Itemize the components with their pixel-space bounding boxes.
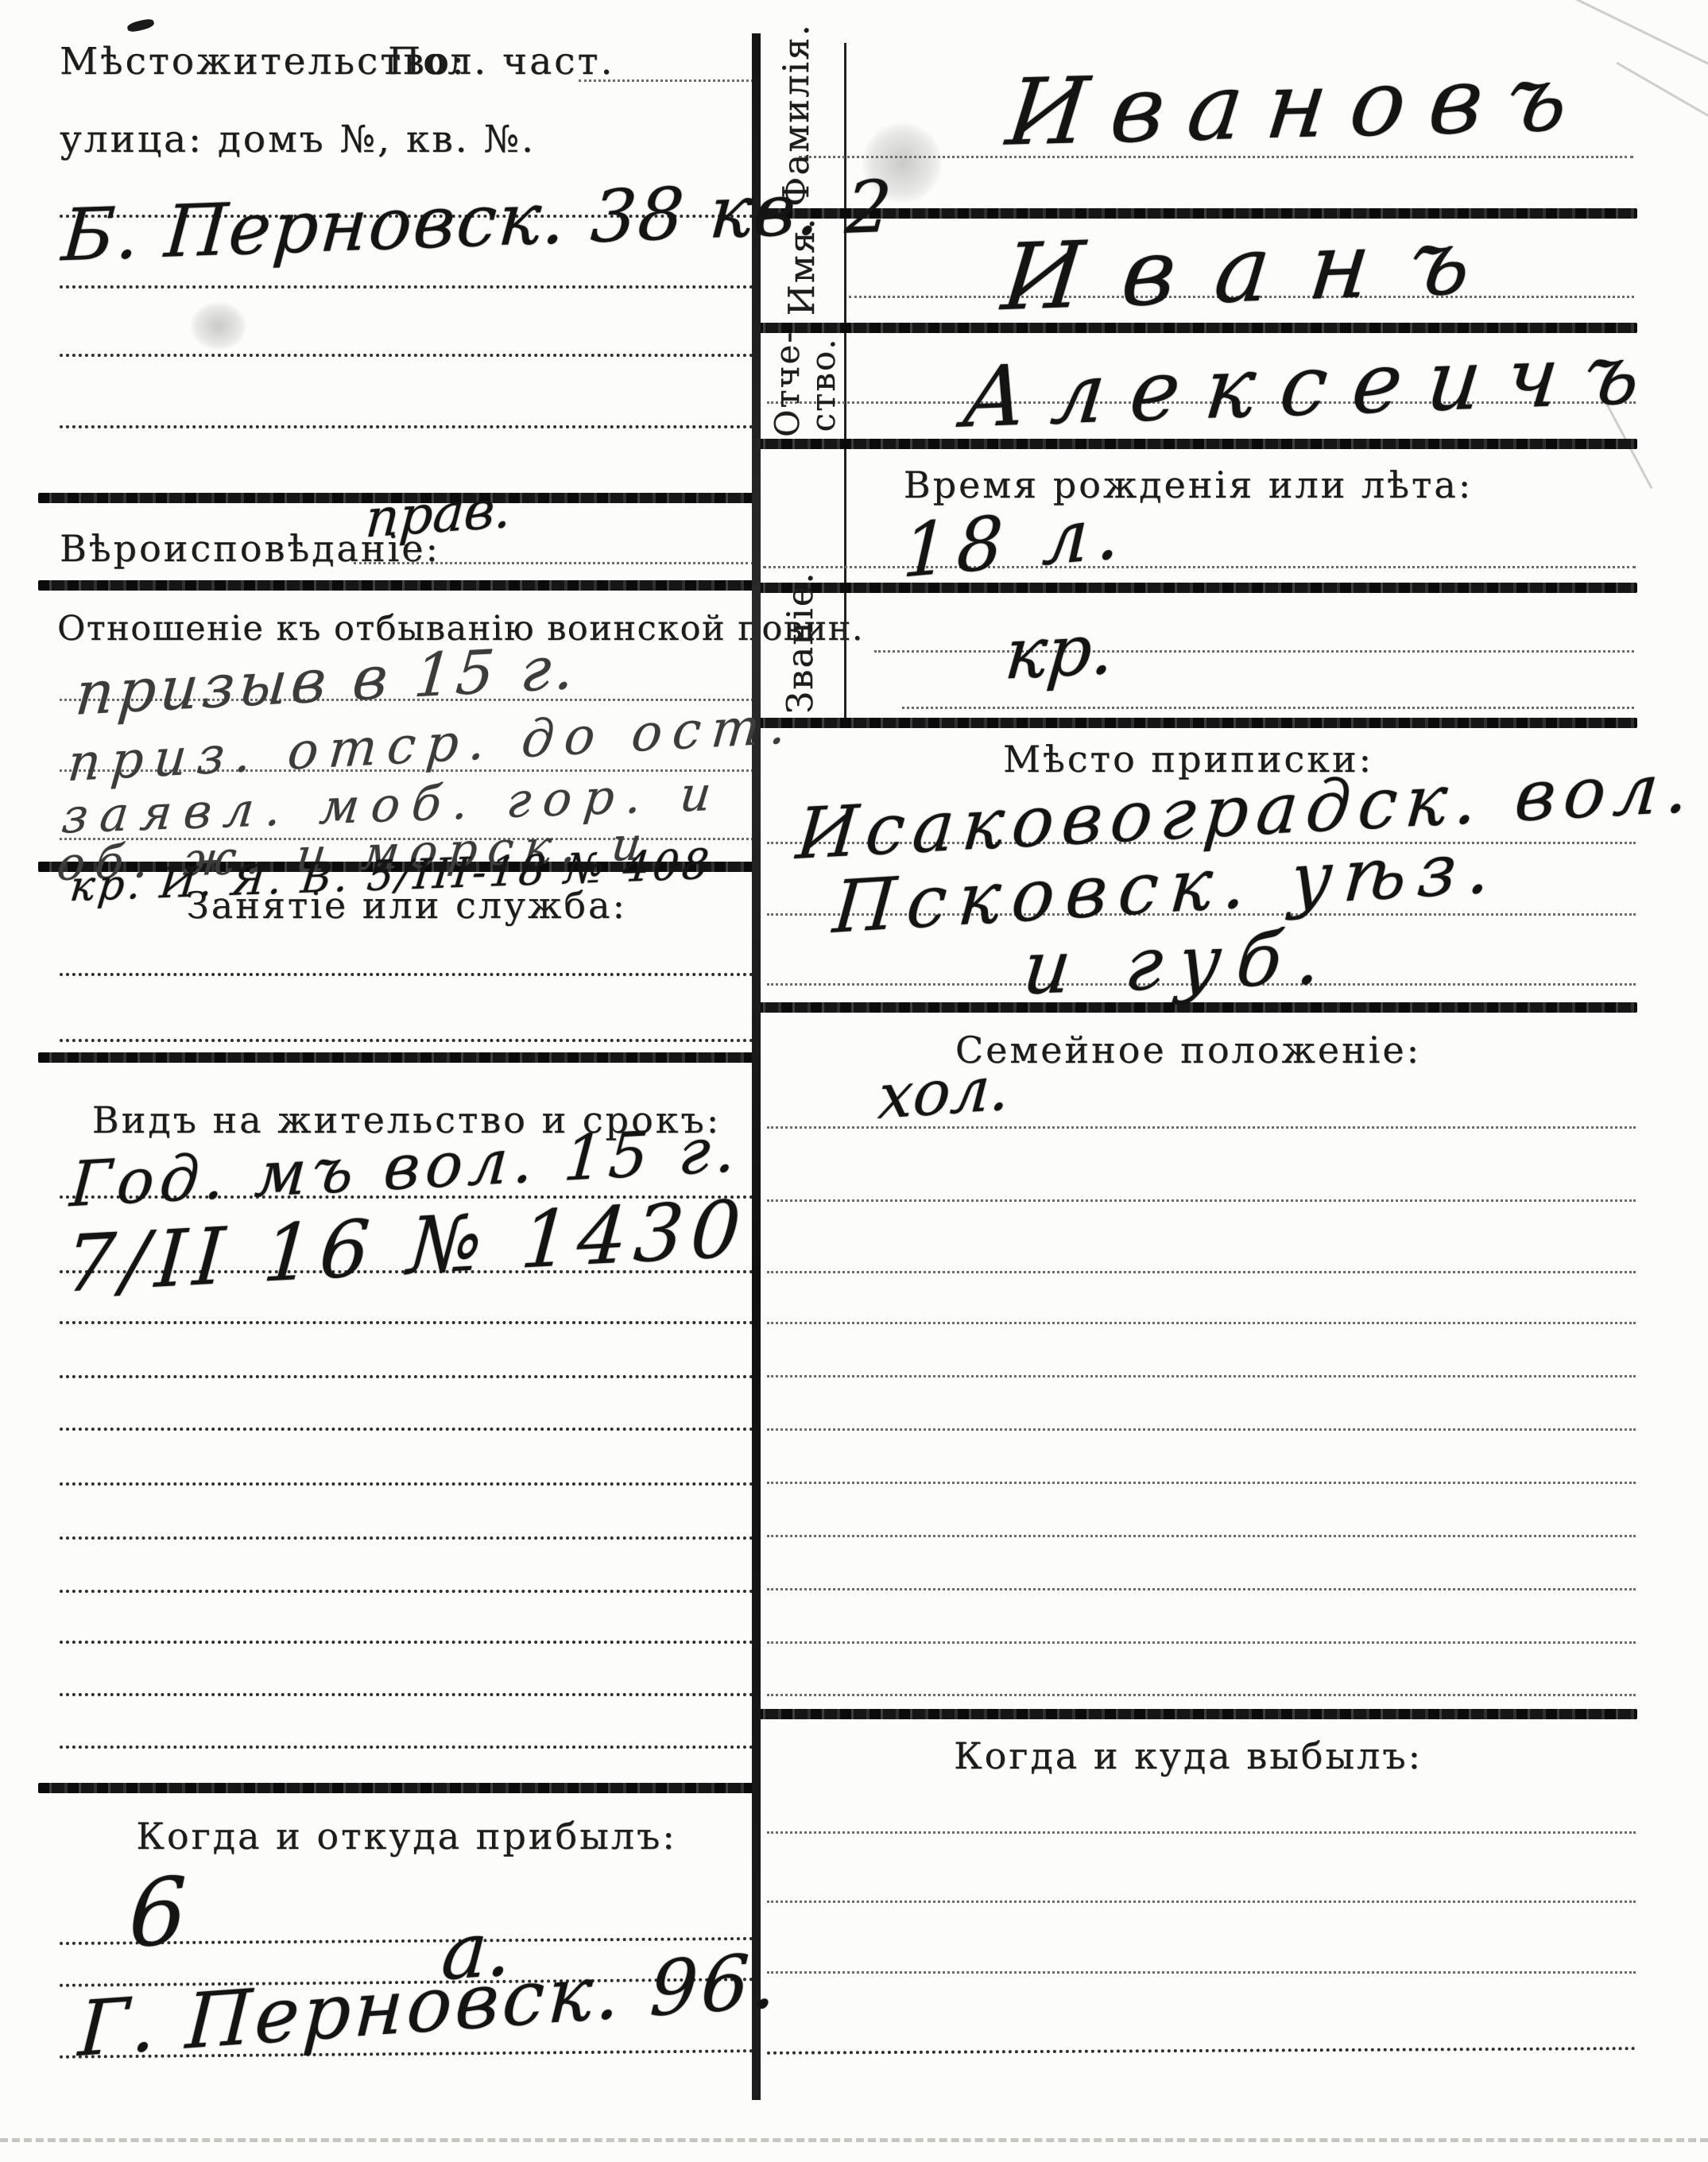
blank-rule bbox=[767, 1535, 1636, 1537]
blank-rule bbox=[60, 354, 753, 357]
blank-rule bbox=[767, 1322, 1636, 1324]
patronymic-label: Отче- ство. bbox=[769, 332, 842, 437]
page-bottom-edge bbox=[0, 2138, 1708, 2142]
blank-rule bbox=[60, 1590, 753, 1593]
blank-rule bbox=[60, 1039, 753, 1042]
rank-label: Званіе. bbox=[779, 587, 821, 714]
street-label: улица: домъ №, кв. №. bbox=[60, 118, 536, 161]
blank-rule bbox=[767, 1831, 1636, 1834]
arrival-day-handwriting: 6 bbox=[128, 1857, 188, 1969]
blank-rule bbox=[763, 566, 1636, 568]
patronymic-handwriting: Алексеичъ bbox=[959, 324, 1670, 446]
scan-scratch bbox=[1616, 62, 1708, 148]
blank-rule bbox=[60, 1482, 753, 1486]
blank-rule bbox=[767, 2047, 1636, 2055]
blank-rule bbox=[767, 1588, 1636, 1591]
blank-rule bbox=[767, 1482, 1636, 1484]
registration-handwriting-line: и губ. bbox=[1019, 915, 1341, 1011]
arrival-label: Когда и откуда прибылъ: bbox=[60, 1815, 753, 1858]
blank-rule bbox=[60, 1745, 753, 1749]
surname-handwriting: Ивановъ bbox=[1001, 45, 1597, 167]
firstname-handwriting: Иванъ bbox=[997, 207, 1516, 332]
blank-rule bbox=[354, 562, 753, 564]
blank-rule bbox=[767, 1271, 1636, 1273]
label-strip-divider bbox=[844, 43, 846, 723]
blank-rule bbox=[767, 1900, 1636, 1903]
rank-handwriting: кр. bbox=[1002, 607, 1118, 695]
blank-rule bbox=[60, 1375, 753, 1378]
blank-rule bbox=[60, 1321, 753, 1324]
column-divider bbox=[752, 33, 761, 2100]
blank-rule bbox=[60, 1641, 753, 1644]
blank-rule bbox=[60, 425, 753, 428]
religion-handwriting: прав. bbox=[364, 478, 513, 549]
marital-handwriting: хол. bbox=[876, 1052, 1012, 1133]
section-divider bbox=[38, 1052, 753, 1063]
blank-rule bbox=[767, 1641, 1636, 1644]
blank-rule bbox=[767, 1971, 1636, 1974]
patronymic-label-line2: ство. bbox=[805, 332, 841, 437]
document-page: Мѣстожительство: Пол. част. улица: домъ … bbox=[0, 0, 1708, 2162]
scan-smudge bbox=[191, 302, 246, 350]
blank-rule bbox=[767, 1428, 1636, 1431]
blank-rule bbox=[60, 973, 753, 976]
section-divider bbox=[752, 583, 1637, 593]
blank-rule bbox=[60, 285, 753, 289]
section-divider bbox=[752, 718, 1637, 728]
police-part-label: Пол. част. bbox=[388, 40, 614, 83]
blank-rule bbox=[767, 1694, 1636, 1696]
birth-label: Время рожденія или лѣта: bbox=[811, 463, 1566, 506]
section-divider bbox=[752, 439, 1637, 449]
section-divider bbox=[38, 580, 753, 591]
address-handwriting: Б. Перновск. 38 кв. 2 bbox=[60, 165, 896, 278]
blank-rule bbox=[579, 79, 753, 82]
blank-rule bbox=[60, 1536, 753, 1540]
blank-rule bbox=[902, 707, 1634, 709]
patronymic-label-line1: Отче- bbox=[769, 332, 805, 437]
departure-label: Когда и куда выбылъ: bbox=[811, 1734, 1566, 1777]
blank-rule bbox=[767, 1199, 1636, 1202]
blank-rule bbox=[60, 1428, 753, 1431]
blank-rule bbox=[874, 650, 1634, 653]
blank-rule bbox=[60, 1693, 753, 1696]
scan-mark bbox=[126, 17, 155, 33]
blank-rule bbox=[767, 1375, 1636, 1377]
section-divider bbox=[38, 1783, 753, 1793]
section-divider bbox=[752, 1709, 1637, 1719]
